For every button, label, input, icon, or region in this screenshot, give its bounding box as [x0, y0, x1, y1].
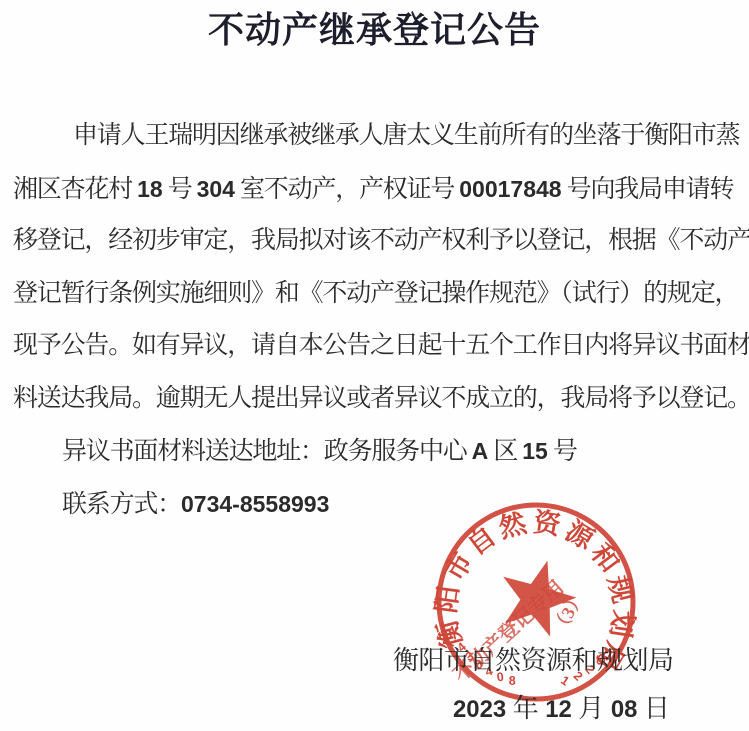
seal-arc-char: 和 [585, 538, 625, 578]
document-page: 不动产继承登记公告 申请人王瑞明因继承被继承人唐太义生前所有的坐落于衡阳市蒸 湘… [0, 0, 749, 731]
body-line: 登记暂行条例实施细则》和《不动产登记操作规范》（试行）的规定， [13, 268, 737, 321]
seal-arc-char: 划 [605, 608, 639, 639]
address-line: 异议书面材料送达地址：政务服务中心 A 区 15 号 [13, 425, 737, 478]
official-seal: 衡阳市自然资源和规划局43040812297不动产登记专用（3） [406, 472, 666, 731]
seal-arc-char: 市 [439, 547, 479, 585]
seal-arc-char: 阳 [431, 584, 464, 615]
body-line: 料送达我局。逾期无人提出异议或者异议不成立的，我局将予以登记。 [13, 373, 737, 426]
page-title: 不动产继承登记公告 [0, 10, 749, 50]
body-line: 申请人王瑞明因继承被继承人唐太义生前所有的坐落于衡阳市蒸 [13, 110, 737, 163]
body-line: 移登记，经初步审定，我局拟对该不动产权利予以登记，根据《不动产 [13, 215, 737, 268]
body-line: 湘区杏花村 18 号 304 室不动产，产权证号 00017848 号向我局申请… [13, 163, 737, 216]
body-line: 现予公告。如有异议，请自本公告之日起十五个工作日内将异议书面材 [13, 320, 737, 373]
issuer-signature: 衡阳市自然资源和规划局 [393, 646, 674, 676]
seal-code-digit: 8 [509, 674, 516, 688]
seal-arc-char: 自 [462, 521, 502, 561]
announcement-body: 申请人王瑞明因继承被继承人唐太义生前所有的坐落于衡阳市蒸 湘区杏花村 18 号 … [13, 110, 737, 530]
issue-date: 2023 年 12 月 08 日 [453, 694, 670, 725]
seal-arc-char: 资 [532, 506, 564, 541]
